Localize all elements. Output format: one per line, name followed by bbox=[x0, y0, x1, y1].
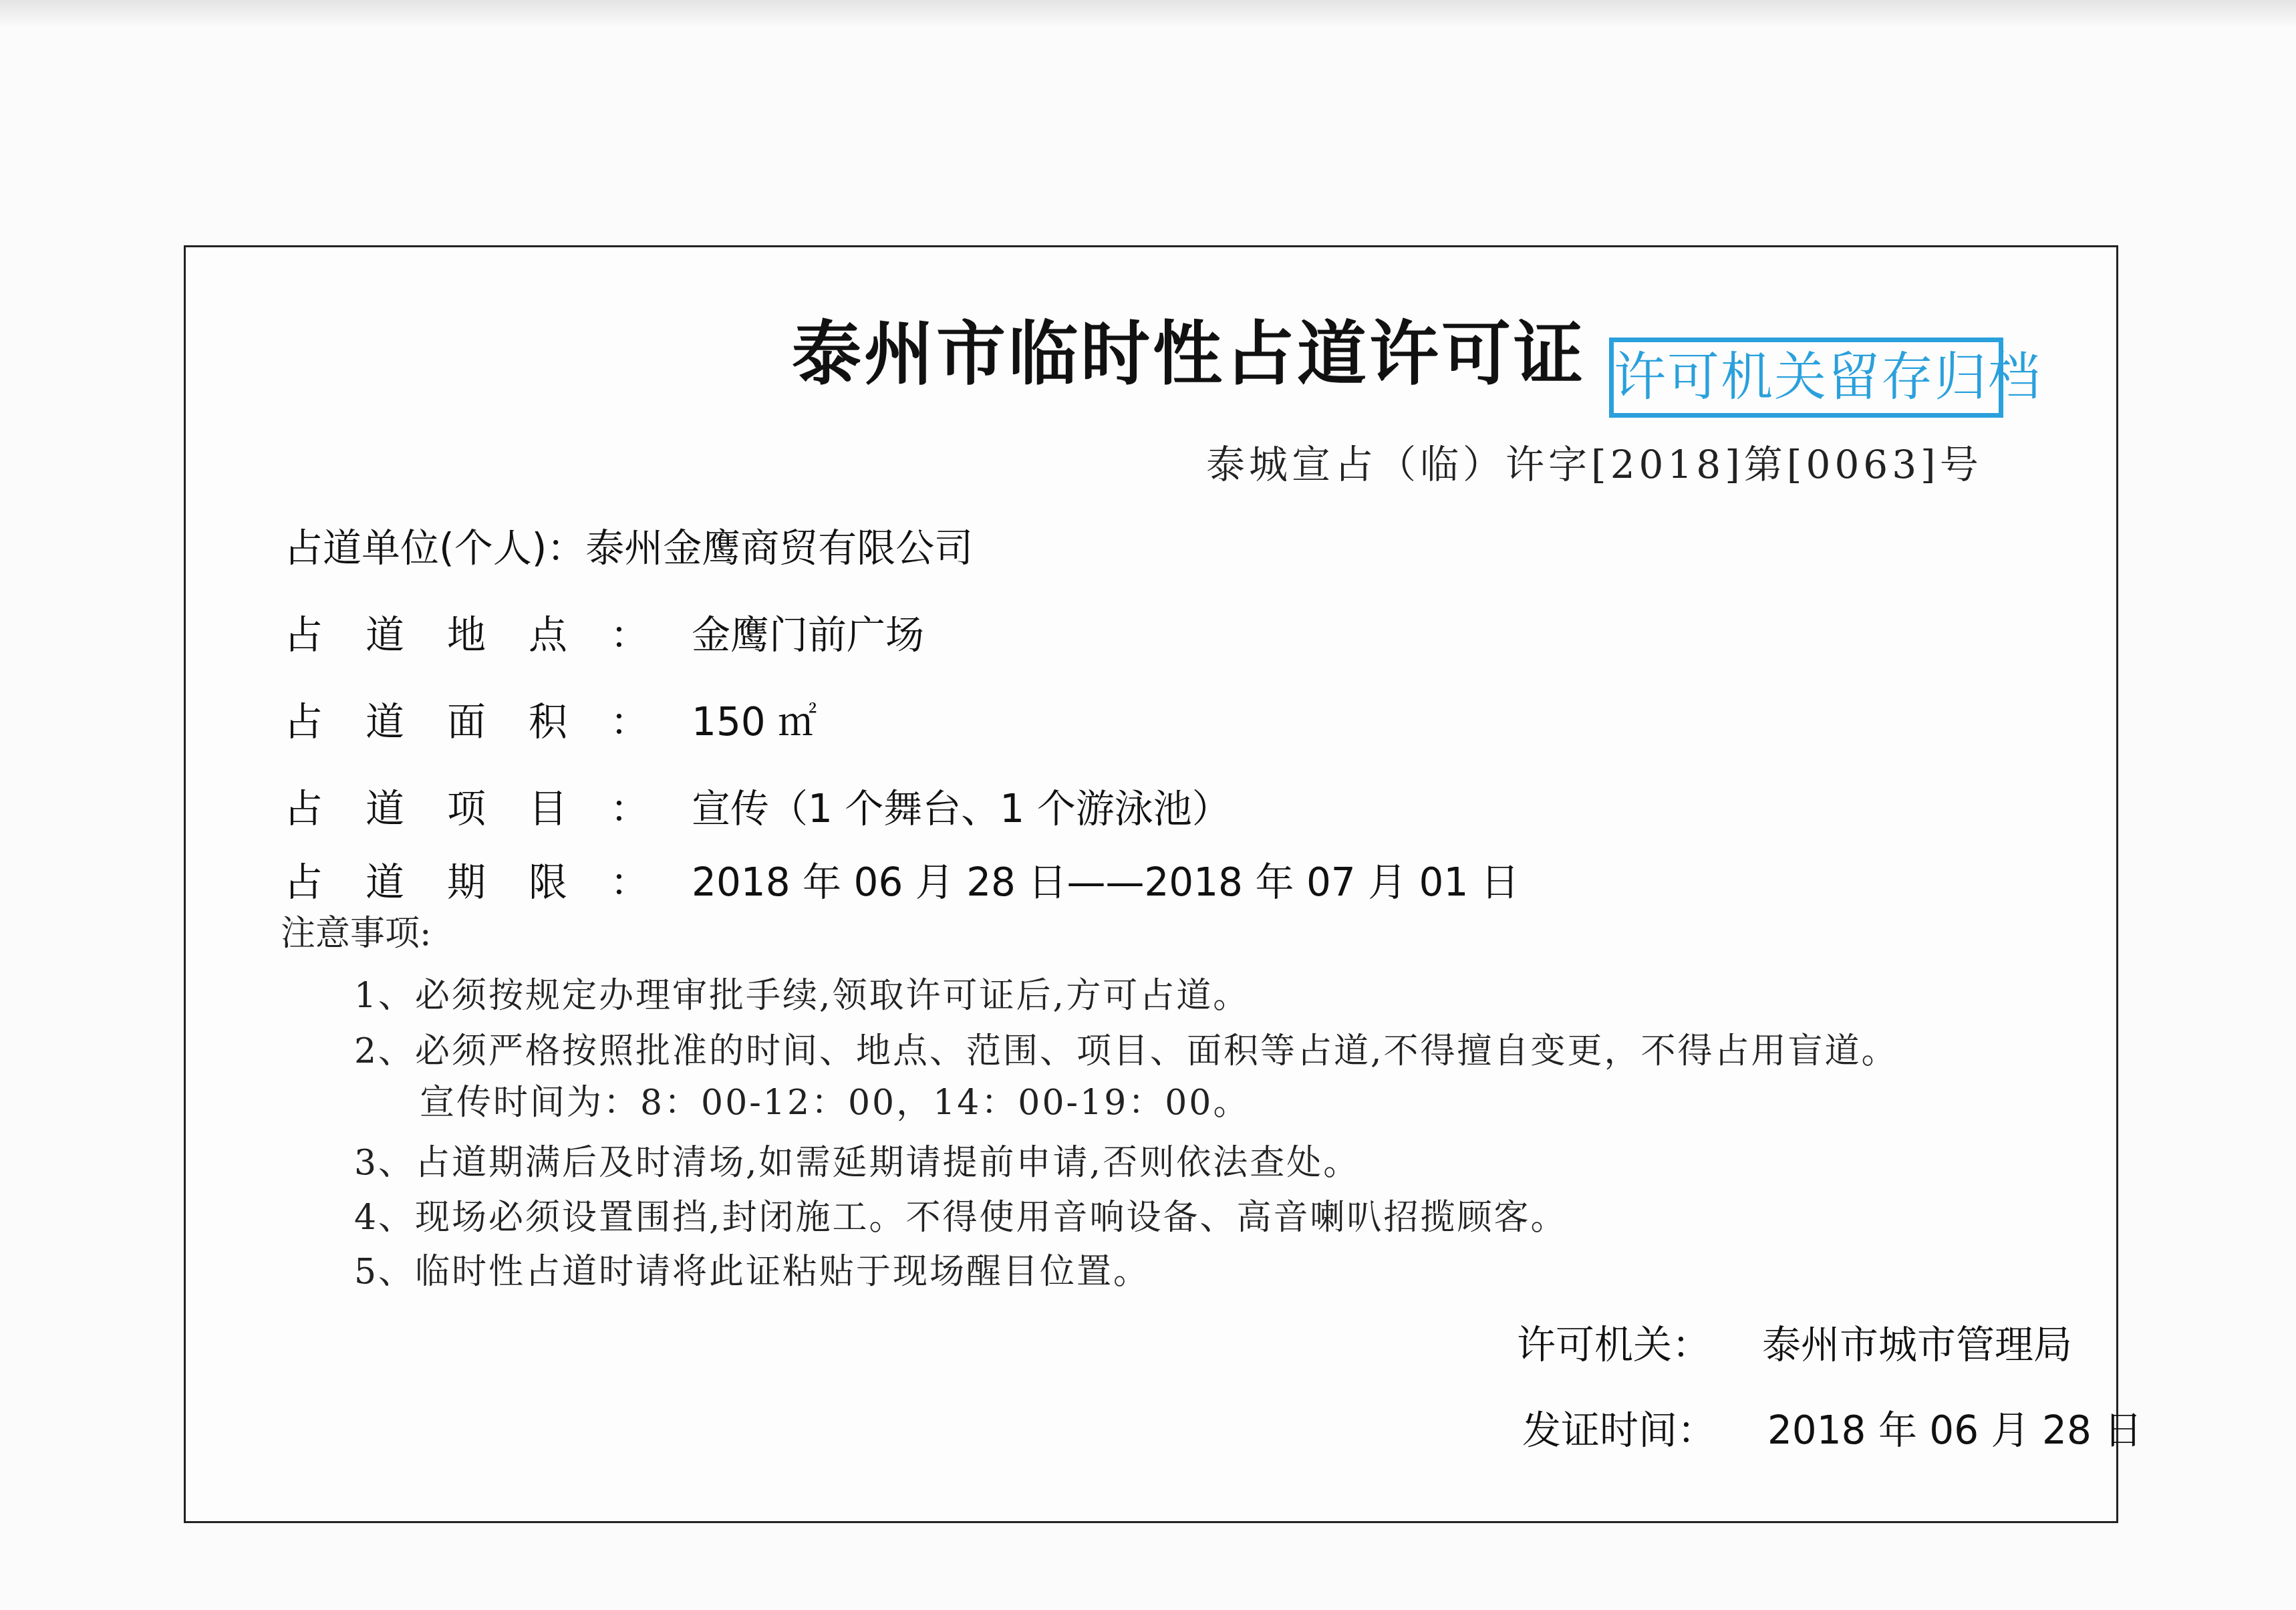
issue-date-label: 发证时间： bbox=[1522, 1407, 1716, 1453]
issuer: 许可机关： 泰州市城市管理局 bbox=[1517, 1318, 2072, 1371]
note-item: 3、占道期满后及时清场,如需延期请提前申请,否则依法查处。 bbox=[354, 1139, 1360, 1186]
field-value: 150 ㎡ bbox=[692, 695, 817, 749]
permit-number: 泰城宣占（临）许字[2018]第[0063]号 bbox=[1206, 438, 1983, 491]
field-label: 占道面积： bbox=[284, 695, 692, 749]
field-value: 宣传（1 个舞台、1 个游泳池） bbox=[692, 782, 1231, 835]
note-item: 1、必须按规定办理审批手续,领取许可证后,方可占道。 bbox=[354, 972, 1250, 1019]
field-value: 泰州金鹰商贸有限公司 bbox=[585, 521, 973, 575]
scan-edge-shadow bbox=[0, 0, 2296, 27]
field-label: 占道期限： bbox=[284, 855, 692, 909]
issuer-label: 许可机关： bbox=[1517, 1322, 1711, 1367]
notes-title: 注意事项: bbox=[281, 910, 432, 957]
field-purpose: 占道项目：宣传（1 个舞台、1 个游泳池） bbox=[284, 782, 1231, 835]
archive-stamp: 许可机关留存归档 bbox=[1609, 338, 2003, 418]
note-item-continuation: 宣传时间为：8：00-12：00，14：00-19：00。 bbox=[420, 1079, 1250, 1126]
note-item: 4、现场必须设置围挡,封闭施工。不得使用音响设备、高音喇叭招揽顾客。 bbox=[354, 1194, 1568, 1241]
document-title: 泰州市临时性占道许可证 bbox=[792, 311, 1586, 398]
field-label: 占道项目： bbox=[284, 782, 692, 835]
field-value: 金鹰门前广场 bbox=[692, 608, 924, 662]
field-period: 占道期限：2018 年 06 月 28 日——2018 年 07 月 01 日 bbox=[284, 855, 1520, 909]
field-area: 占道面积：150 ㎡ bbox=[284, 695, 817, 749]
note-item: 5、临时性占道时请将此证粘贴于现场醒目位置。 bbox=[354, 1248, 1150, 1295]
archive-stamp-text: 许可机关留存归档 bbox=[1614, 348, 2041, 408]
field-occupant: 占道单位(个人)：泰州金鹰商贸有限公司 bbox=[284, 521, 973, 575]
field-label: 占道地点： bbox=[284, 608, 692, 662]
issue-date-value: 2018 年 06 月 28 日 bbox=[1767, 1407, 2142, 1453]
note-item: 2、必须严格按照批准的时间、地点、范围、项目、面积等占道,不得擅自变更，不得占用… bbox=[354, 1028, 1898, 1075]
field-location: 占道地点：金鹰门前广场 bbox=[284, 608, 924, 662]
issuer-value: 泰州市城市管理局 bbox=[1762, 1322, 2072, 1367]
field-label: 占道单位(个人)： bbox=[284, 521, 585, 575]
field-value: 2018 年 06 月 28 日——2018 年 07 月 01 日 bbox=[692, 855, 1520, 909]
issue-date: 发证时间： 2018 年 06 月 28 日 bbox=[1522, 1403, 2142, 1457]
